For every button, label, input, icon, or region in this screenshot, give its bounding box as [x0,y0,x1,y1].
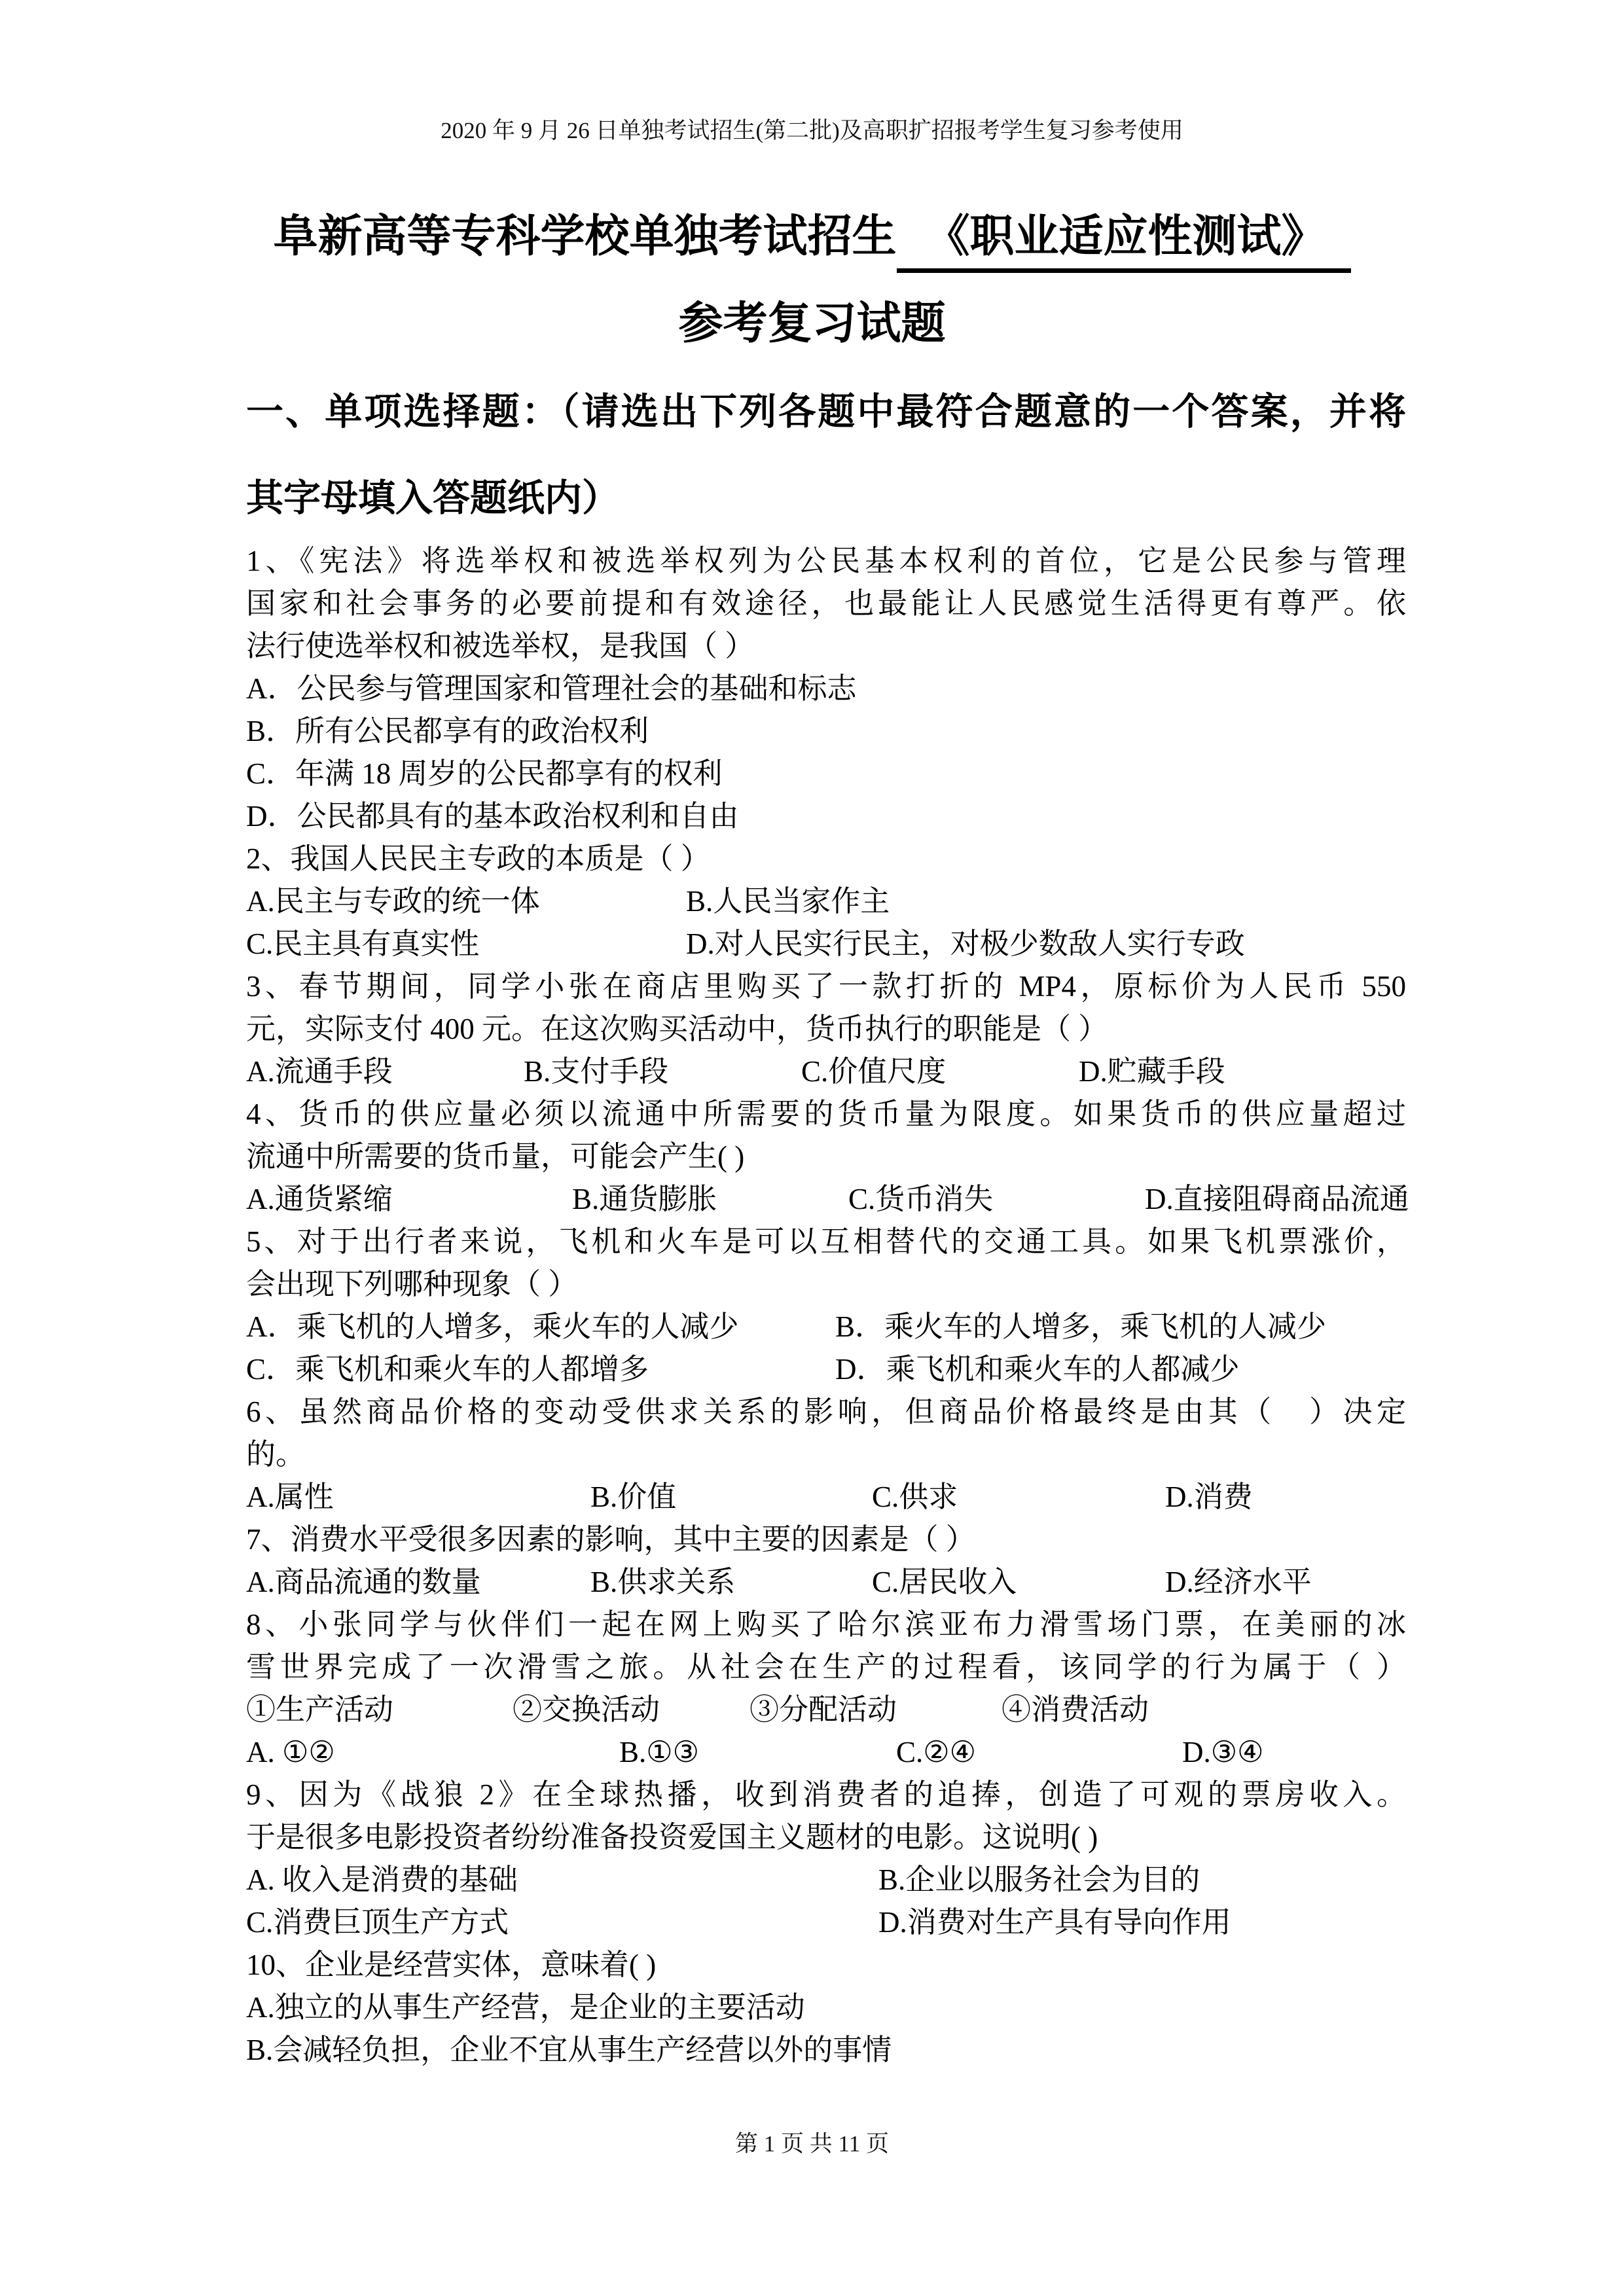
question-6-option-b: B.价值 [590,1476,676,1518]
question-4-option-d: D.直接阻碍商品流通 [1145,1178,1409,1221]
doc-title-line-2: 参考复习试题 [0,280,1624,367]
question-6-option-a: A.属性 [246,1476,334,1518]
section-heading-line-1: 一、单项选择题：（请选出下列各题中最符合题意的一个答案，并将 [246,368,1406,455]
question-3-stem-line-2: 元，实际支付 400 元。在这次购买活动中，货币执行的职能是（ ） [246,1008,1406,1050]
question-4-stem-line-2: 流通中所需要的货币量，可能会产生( ) [246,1136,1406,1178]
question-7-option-d: D.经济水平 [1165,1561,1312,1604]
question-3-option-b: B.支付手段 [524,1050,668,1093]
question-8-subitem-1: ①生产活动 [246,1689,393,1731]
question-8-subitem-3: ③分配活动 [749,1689,897,1731]
question-4-option-c: C.货币消失 [848,1178,993,1221]
question-2-option-c: C.民主具有真实性 [246,923,479,965]
doc-title-line-1: 阜新高等专科学校单独考试招生《职业适应性测试》 [0,193,1624,280]
question-8-option-c: C.②④ [896,1731,976,1774]
question-10-stem-line-1: 10、企业是经营实体，意味着( ) [246,1944,1406,1986]
question-4-stem-line-1: 4、货币的供应量必须以流通中所需要的货币量为限度。如果货币的供应量超过 [246,1093,1406,1136]
question-1-stem-line-2: 国家和社会事务的必要前提和有效途径，也最能让人民感觉生活得更有尊严。依 [246,583,1406,625]
question-3-options-row: A.流通手段 B.支付手段 C.价值尺度 D.贮藏手段 [246,1050,1406,1093]
question-6-options-row: A.属性 B.价值 C.供求 D.消费 [246,1476,1406,1518]
question-1-option-c: C．年满 18 周岁的公民都享有的权利 [246,753,1406,795]
question-9-option-d: D.消费对生产具有导向作用 [878,1901,1231,1944]
question-5-options-row-2: C．乘飞机和乘火车的人都增多 D．乘飞机和乘火车的人都减少 [246,1348,1406,1391]
question-5-stem-line-2: 会出现下列哪种现象（ ） [246,1263,1406,1306]
doc-title-line-1-text: 阜新高等专科学校单独考试招生 [273,211,896,261]
question-1-stem-line-3: 法行使选举权和被选举权，是我国（ ） [246,625,1406,668]
question-1-stem-line-1: 1、《宪法》将选举权和被选举权列为公民基本权利的首位，它是公民参与管理 [246,540,1406,583]
question-list: 1、《宪法》将选举权和被选举权列为公民基本权利的首位，它是公民参与管理 国家和社… [246,540,1406,2072]
question-5-options-row-1: A．乘飞机的人增多，乘火车的人减少 B．乘火车的人增多，乘飞机的人减少 [246,1306,1406,1348]
exam-page: { "document": { "header_note": "2020 年 9… [0,0,1624,2296]
question-4-option-a: A.通货紧缩 [246,1178,393,1221]
question-2-options-row-2: C.民主具有真实性 D.对人民实行民主，对极少数敌人实行专政 [246,923,1406,965]
question-8-option-b: B.①③ [619,1731,699,1774]
question-7-options-row: A.商品流通的数量 B.供求关系 C.居民收入 D.经济水平 [246,1561,1406,1604]
question-3-option-d: D.贮藏手段 [1079,1050,1225,1093]
question-6-stem-line-1: 6、虽然商品价格的变动受供求关系的影响，但商品价格最终是由其（ ）决定 [246,1391,1406,1433]
question-8-subitem-2: ②交换活动 [513,1689,660,1731]
question-9-option-b: B.企业以服务社会为目的 [878,1859,1200,1901]
question-4-option-b: B.通货膨胀 [572,1178,717,1221]
question-7-option-a: A.商品流通的数量 [246,1561,481,1604]
question-9-option-a: A. 收入是消费的基础 [246,1859,518,1901]
question-2-options-row-1: A.民主与专政的统一体 B.人民当家作主 [246,880,1406,923]
question-2-option-b: B.人民当家作主 [686,880,890,923]
question-5-option-c: C．乘飞机和乘火车的人都增多 [246,1348,649,1391]
question-9-options-row-2: C.消费巨顶生产方式 D.消费对生产具有导向作用 [246,1901,1406,1944]
question-7-option-b: B.供求关系 [590,1561,735,1604]
question-2-stem-line-1: 2、我国人民民主专政的本质是（ ） [246,838,1406,880]
question-9-stem-line-1: 9、因为《战狼 2》在全球热播，收到消费者的追捧，创造了可观的票房收入。 [246,1774,1406,1816]
question-8-stem-line-1: 8、小张同学与伙伴们一起在网上购买了哈尔滨亚布力滑雪场门票，在美丽的冰 [246,1604,1406,1646]
question-7-option-c: C.居民收入 [872,1561,1017,1604]
question-1-option-b: B．所有公民都享有的政治权利 [246,710,1406,753]
question-9-option-c: C.消费巨顶生产方式 [246,1901,509,1944]
question-3-option-c: C.价值尺度 [801,1050,946,1093]
question-8-option-a: A. ①② [246,1731,335,1774]
question-8-option-d: D.③④ [1182,1731,1263,1774]
question-5-option-d: D．乘飞机和乘火车的人都减少 [835,1348,1240,1391]
page-header-note: 2020 年 9 月 26 日单独考试招生(第二批)及高职扩招报考学生复习参考使… [0,115,1624,147]
question-9-stem-line-2: 于是很多电影投资者纷纷准备投资爱国主义题材的电影。这说明( ) [246,1816,1406,1859]
question-3-stem-line-1: 3、春节期间，同学小张在商店里购买了一款打折的 MP4，原标价为人民币 550 [246,965,1406,1008]
section-heading-line-2: 其字母填入答题纸内） [246,455,1406,541]
question-8-subitem-4: ④消费活动 [1001,1689,1149,1731]
question-1-option-a: A．公民参与管理国家和管理社会的基础和标志 [246,668,1406,710]
question-6-option-d: D.消费 [1165,1476,1253,1518]
question-3-option-a: A.流通手段 [246,1050,393,1093]
question-7-stem-line-1: 7、消费水平受很多因素的影响，其中主要的因素是（ ） [246,1518,1406,1561]
page-footer: 第 1 页 共 11 页 [0,2128,1624,2160]
question-8-stem-line-2: 雪世界完成了一次滑雪之旅。从社会在生产的过程看，该同学的行为属于（ ） [246,1646,1406,1689]
question-10-option-b: B.会减轻负担，企业不宜从事生产经营以外的事情 [246,2029,1406,2072]
question-1-option-d: D．公民都具有的基本政治权利和自由 [246,795,1406,838]
question-8-subitems-row: ①生产活动 ②交换活动 ③分配活动 ④消费活动 [246,1689,1406,1731]
doc-title-underlined-segment: 《职业适应性测试》 [897,201,1351,273]
question-6-stem-line-2: 的。 [246,1433,1406,1476]
doc-title: 阜新高等专科学校单独考试招生《职业适应性测试》 参考复习试题 [0,193,1624,367]
section-heading: 一、单项选择题：（请选出下列各题中最符合题意的一个答案，并将 其字母填入答题纸内… [246,368,1406,541]
question-2-option-a: A.民主与专政的统一体 [246,880,540,923]
question-4-options-row: A.通货紧缩 B.通货膨胀 C.货币消失 D.直接阻碍商品流通 [246,1178,1406,1221]
question-5-option-a: A．乘飞机的人增多，乘火车的人减少 [246,1306,739,1348]
question-2-option-d: D.对人民实行民主，对极少数敌人实行专政 [686,923,1245,965]
question-5-stem-line-1: 5、对于出行者来说，飞机和火车是可以互相替代的交通工具。如果飞机票涨价， [246,1221,1406,1263]
question-10-option-a: A.独立的从事生产经营，是企业的主要活动 [246,1986,1406,2029]
question-5-option-b: B．乘火车的人增多，乘飞机的人减少 [835,1306,1326,1348]
question-9-options-row-1: A. 收入是消费的基础 B.企业以服务社会为目的 [246,1859,1406,1901]
question-8-options-row: A. ①② B.①③ C.②④ D.③④ [246,1731,1406,1774]
question-6-option-c: C.供求 [872,1476,958,1518]
